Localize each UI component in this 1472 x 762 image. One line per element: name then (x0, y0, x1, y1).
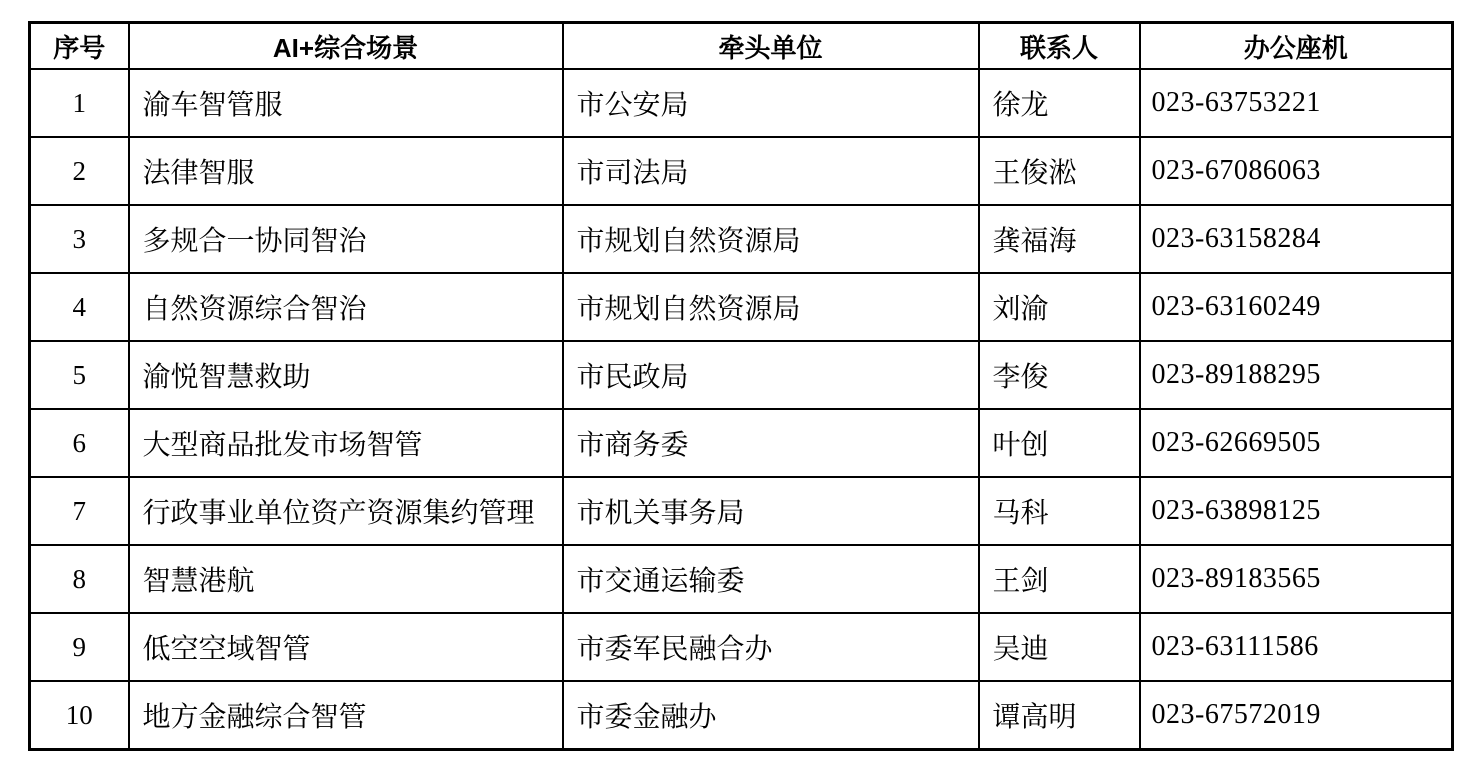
cell-phone: 023-63160249 (1140, 273, 1453, 341)
cell-unit: 市商务委 (563, 409, 979, 477)
table-row: 6大型商品批发市场智管市商务委叶创023-62669505 (30, 409, 1453, 477)
cell-unit: 市公安局 (563, 69, 979, 137)
cell-unit: 市交通运输委 (563, 545, 979, 613)
cell-unit: 市委金融办 (563, 681, 979, 750)
cell-phone: 023-63898125 (1140, 477, 1453, 545)
cell-phone: 023-63111586 (1140, 613, 1453, 681)
column-header-phone: 办公座机 (1140, 23, 1453, 70)
cell-unit: 市规划自然资源局 (563, 273, 979, 341)
cell-scenario: 智慧港航 (129, 545, 563, 613)
cell-unit: 市民政局 (563, 341, 979, 409)
table-row: 8智慧港航市交通运输委王剑023-89183565 (30, 545, 1453, 613)
cell-phone: 023-89188295 (1140, 341, 1453, 409)
table-row: 3多规合一协同智治市规划自然资源局龚福海023-63158284 (30, 205, 1453, 273)
cell-unit: 市规划自然资源局 (563, 205, 979, 273)
cell-contact: 吴迪 (979, 613, 1140, 681)
cell-contact: 马科 (979, 477, 1140, 545)
cell-scenario: 地方金融综合智管 (129, 681, 563, 750)
cell-contact: 叶创 (979, 409, 1140, 477)
cell-index: 10 (30, 681, 129, 750)
cell-index: 3 (30, 205, 129, 273)
cell-index: 1 (30, 69, 129, 137)
table-row: 10地方金融综合智管市委金融办谭高明023-67572019 (30, 681, 1453, 750)
cell-index: 2 (30, 137, 129, 205)
column-header-index: 序号 (30, 23, 129, 70)
cell-phone: 023-67572019 (1140, 681, 1453, 750)
table-row: 4自然资源综合智治市规划自然资源局刘渝023-63160249 (30, 273, 1453, 341)
table-row: 9低空空域智管市委军民融合办吴迪023-63111586 (30, 613, 1453, 681)
cell-unit: 市委军民融合办 (563, 613, 979, 681)
cell-contact: 龚福海 (979, 205, 1140, 273)
table-row: 2法律智服市司法局王俊淞023-67086063 (30, 137, 1453, 205)
cell-contact: 谭高明 (979, 681, 1140, 750)
cell-scenario: 行政事业单位资产资源集约管理 (129, 477, 563, 545)
cell-index: 5 (30, 341, 129, 409)
cell-scenario: 多规合一协同智治 (129, 205, 563, 273)
cell-index: 4 (30, 273, 129, 341)
header-row: 序号 AI+综合场景 牵头单位 联系人 办公座机 (30, 23, 1453, 70)
table-row: 1渝车智管服市公安局徐龙023-63753221 (30, 69, 1453, 137)
cell-contact: 徐龙 (979, 69, 1140, 137)
cell-index: 8 (30, 545, 129, 613)
cell-scenario: 低空空域智管 (129, 613, 563, 681)
cell-scenario: 自然资源综合智治 (129, 273, 563, 341)
table-header: 序号 AI+综合场景 牵头单位 联系人 办公座机 (30, 23, 1453, 70)
contact-table-container: 序号 AI+综合场景 牵头单位 联系人 办公座机 1渝车智管服市公安局徐龙023… (28, 21, 1454, 751)
cell-unit: 市司法局 (563, 137, 979, 205)
cell-phone: 023-67086063 (1140, 137, 1453, 205)
cell-scenario: 大型商品批发市场智管 (129, 409, 563, 477)
cell-contact: 李俊 (979, 341, 1140, 409)
cell-contact: 王俊淞 (979, 137, 1140, 205)
cell-unit: 市机关事务局 (563, 477, 979, 545)
cell-phone: 023-62669505 (1140, 409, 1453, 477)
cell-index: 7 (30, 477, 129, 545)
cell-scenario: 法律智服 (129, 137, 563, 205)
cell-contact: 刘渝 (979, 273, 1140, 341)
cell-scenario: 渝悦智慧救助 (129, 341, 563, 409)
cell-index: 9 (30, 613, 129, 681)
cell-index: 6 (30, 409, 129, 477)
ai-scenario-contact-table: 序号 AI+综合场景 牵头单位 联系人 办公座机 1渝车智管服市公安局徐龙023… (28, 21, 1454, 751)
cell-phone: 023-89183565 (1140, 545, 1453, 613)
cell-contact: 王剑 (979, 545, 1140, 613)
cell-phone: 023-63158284 (1140, 205, 1453, 273)
column-header-contact: 联系人 (979, 23, 1140, 70)
table-body: 1渝车智管服市公安局徐龙023-637532212法律智服市司法局王俊淞023-… (30, 69, 1453, 750)
column-header-scenario: AI+综合场景 (129, 23, 563, 70)
cell-phone: 023-63753221 (1140, 69, 1453, 137)
cell-scenario: 渝车智管服 (129, 69, 563, 137)
table-row: 7行政事业单位资产资源集约管理市机关事务局马科023-63898125 (30, 477, 1453, 545)
column-header-unit: 牵头单位 (563, 23, 979, 70)
table-row: 5渝悦智慧救助市民政局李俊023-89188295 (30, 341, 1453, 409)
